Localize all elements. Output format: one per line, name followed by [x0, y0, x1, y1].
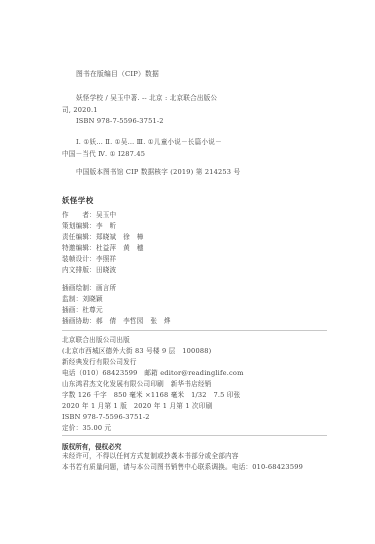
credit-guest-editor: 特邀编辑：杜益萍 黄 穗 [62, 244, 144, 253]
quality-notice: 本书若有质量问题，请与本公司图书销售中心联系调换。电话：010-68423599 [62, 463, 303, 472]
price: 定价：35.00 元 [62, 424, 111, 433]
cip-entry-line1: 妖怪学校 / 吴玉中著. -- 北京 : 北京联合出版公 [76, 94, 217, 103]
cip-isbn: ISBN 978-7-5596-3751-2 [76, 117, 164, 126]
publisher: 北京联合出版公司出版 [62, 336, 130, 345]
credit-value: 郝 倩 李哲园 张 烨 [96, 317, 171, 325]
credit-value: 郑晓斌 徐 樟 [96, 233, 144, 241]
credit-label: 责任编辑： [62, 233, 96, 241]
cip-subject-line1: Ⅰ. ①妖… Ⅱ. ①吴… Ⅲ. ①儿童小说－长篇小说－ [76, 138, 222, 147]
credit-supervisor: 监制：刘晓颖 [62, 295, 103, 304]
distributor: 新经典发行有限公司发行 [62, 358, 137, 367]
credit-typesetting: 内文排版：田晓波 [62, 266, 116, 275]
credit-label: 策划编辑： [62, 222, 96, 230]
print-specs: 字数 126 千字 850 毫米 ×1168 毫米 1/32 7.5 印张 [62, 391, 240, 400]
copyright-page: 图书在版编目（CIP）数据 妖怪学校 / 吴玉中著. -- 北京 : 北京联合出… [0, 0, 375, 544]
credit-value: 李照祥 [96, 255, 116, 263]
credit-author: 作 者：吴玉中 [62, 211, 116, 220]
rights-title: 版权所有，侵权必究 [62, 441, 121, 451]
cip-subject-line2: 中国－当代 Ⅳ. ① I287.45 [62, 150, 145, 159]
credit-value: 吴玉中 [96, 211, 116, 219]
credit-label: 插画绘制： [62, 284, 96, 292]
credit-label: 插画协助： [62, 317, 96, 325]
credit-label: 装帧设计： [62, 255, 96, 263]
credit-label: 插画： [62, 306, 82, 314]
publication-isbn: ISBN 978-7-5596-3751-2 [62, 413, 150, 422]
section-divider [62, 330, 327, 331]
cip-record-number: 中国版本图书馆 CIP 数据核字 (2019) 第 214253 号 [76, 168, 240, 177]
edition-info: 2020 年 1 月第 1 版 2020 年 1 月第 1 次印刷 [62, 402, 212, 411]
printer: 山东鸿君杰文化发展有限公司印刷 新华书店经销 [62, 380, 211, 389]
credit-value: 刘晓颖 [82, 295, 102, 303]
credit-label: 监制： [62, 295, 82, 303]
credit-value: 李 昕 [96, 222, 116, 230]
credit-illustration-assistants: 插画协助：郝 倩 李哲园 张 烨 [62, 317, 171, 326]
publisher-address: (北京市西城区德外大街 83 号楼 9 层 100088) [62, 347, 211, 356]
cip-title: 图书在版编目（CIP）数据 [76, 70, 159, 79]
credit-responsible-editor: 责任编辑：郑晓斌 徐 樟 [62, 233, 144, 242]
credit-illustration-studio: 插画绘制：画言所 [62, 284, 116, 293]
credit-planning-editor: 策划编辑：李 昕 [62, 222, 116, 231]
credit-illustrator: 插画：杜尊元 [62, 306, 103, 315]
credit-value: 杜尊元 [82, 306, 102, 314]
contact-info: 电话（010）68423599 邮箱 editor@readinglife.co… [62, 369, 244, 378]
credit-value: 田晓波 [96, 266, 116, 274]
rights-notice: 未经许可，不得以任何方式复制或抄袭本书部分或全部内容 [62, 452, 239, 461]
credit-cover-design: 装帧设计：李照祥 [62, 255, 116, 264]
credit-label: 内文排版： [62, 266, 96, 274]
section-divider [62, 435, 327, 436]
credit-label: 作 者： [62, 211, 96, 219]
cip-entry-line2: 司, 2020.1 [62, 106, 98, 115]
book-title: 妖怪学校 [62, 195, 94, 206]
credit-value: 画言所 [96, 284, 116, 292]
credit-label: 特邀编辑： [62, 244, 96, 252]
credit-value: 杜益萍 黄 穗 [96, 244, 144, 252]
